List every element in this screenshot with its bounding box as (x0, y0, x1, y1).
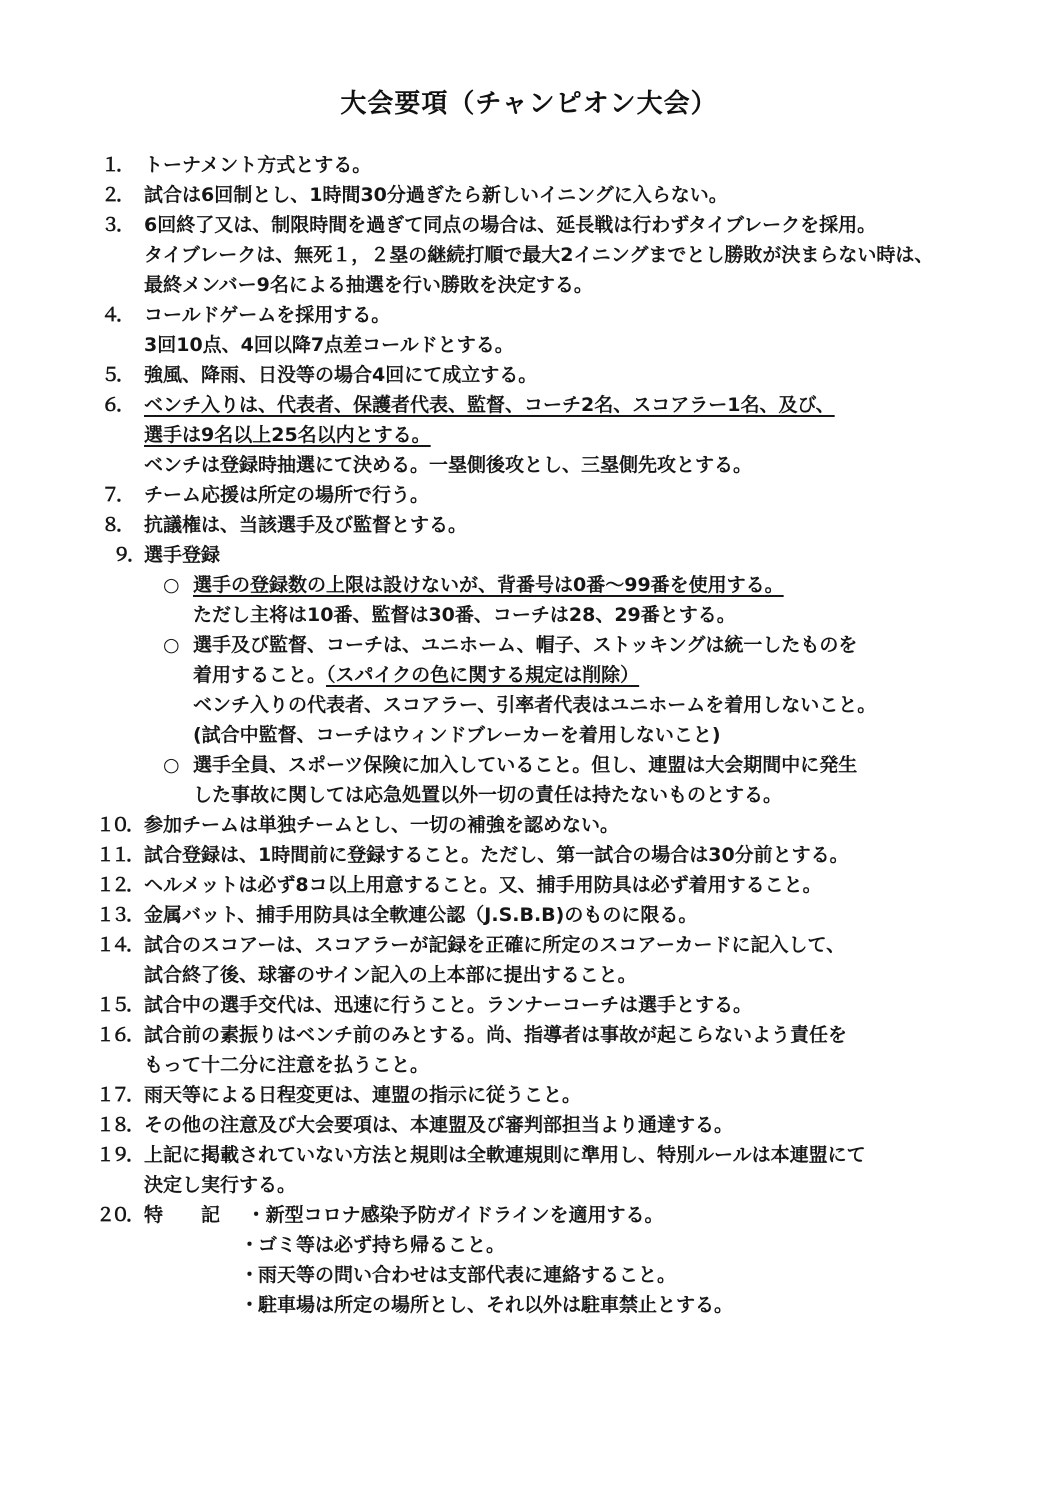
item-text-underlined: 選手は9名以上25名以内とする。 (144, 424, 431, 446)
item-text: 試合中の選手交代は、迅速に行うこと。ランナーコーチは選手とする。 (144, 994, 752, 1016)
item-text: ヘルメットは必ず8コ以上用意すること。又、捕手用防具は必ず着用すること。 (144, 874, 822, 896)
circle-bullet-icon: ○ (163, 630, 180, 660)
item-text: 最終メンバー9名による抽選を行い勝敗を決定する。 (144, 274, 593, 296)
list-item-1: １． トーナメント方式とする。 (0, 150, 1058, 180)
note-text: 雨天等の問い合わせは支部代表に連絡すること。 (258, 1264, 676, 1286)
list-item-19: １９． 上記に掲載されていない方法と規則は全軟連規則に準用し、特別ルールは本連盟… (0, 1140, 1058, 1170)
item-text: 試合前の素振りはベンチ前のみとする。尚、指導者は事故が起こらないよう責任を (144, 1024, 847, 1046)
list-item-11: １１． 試合登録は、1時間前に登録すること。ただし、第一試合の場合は30分前とす… (0, 840, 1058, 870)
note-text: 駐車場は所定の場所とし、それ以外は駐車禁止とする。 (258, 1294, 733, 1316)
list-item-8: ８． 抗議権は、当該選手及び監督とする。 (0, 510, 1058, 540)
item-number: １． (101, 150, 131, 180)
item-text: 上記に掲載されていない方法と規則は全軟連規則に準用し、特別ルールは本連盟にて (144, 1144, 866, 1166)
list-item-9-bullet-1: ○ 選手の登録数の上限は設けないが、背番号は0番～99番を使用する。 (0, 570, 1058, 600)
list-item-10: １０． 参加チームは単独チームとし、一切の補強を認めない。 (0, 810, 1058, 840)
list-item-20-note: ・ 駐車場は所定の場所とし、それ以外は駐車禁止とする。 (0, 1290, 1058, 1320)
item-text: 試合登録は、1時間前に登録すること。ただし、第一試合の場合は30分前とする。 (144, 844, 849, 866)
bullet-text: 選手全員、スポーツ保険に加入していること。但し、連盟は大会期間中に発生 (193, 754, 857, 776)
item-text: 強風、降雨、日没等の場合4回にて成立する。 (144, 364, 537, 386)
bullet-text: 着用すること。 (193, 664, 326, 686)
list-item-12: １２． ヘルメットは必ず8コ以上用意すること。又、捕手用防具は必ず着用すること。 (0, 870, 1058, 900)
item-number: １７． (96, 1080, 141, 1110)
bullet-text: (試合中監督、コーチはウィンドブレーカーを着用しないこと) (193, 724, 721, 746)
item-heading: 特 記 (144, 1200, 240, 1230)
list-item-16-continuation: もって十二分に注意を払うこと。 (0, 1050, 1058, 1080)
item-text: 金属バット、捕手用防具は全軟連公認（J.S.B.B)のものに限る。 (144, 904, 697, 926)
item-number: ５． (101, 360, 131, 390)
item-text: 決定し実行する。 (144, 1174, 296, 1196)
item-text: もって十二分に注意を払うこと。 (144, 1054, 429, 1076)
item-text: トーナメント方式とする。 (144, 154, 371, 176)
list-item-6-continuation: ベンチは登録時抽選にて決める。一塁側後攻とし、三塁側先攻とする。 (0, 450, 1058, 480)
list-item-9: ９． 選手登録 (0, 540, 1058, 570)
list-item-9-bullet-2-continuation: (試合中監督、コーチはウィンドブレーカーを着用しないこと) (0, 720, 1058, 750)
dot-bullet-icon: ・ (240, 1290, 259, 1320)
list-item-6-continuation: 選手は9名以上25名以内とする。 (0, 420, 1058, 450)
item-number: １０． (96, 810, 141, 840)
item-text: 試合は6回制とし、1時間30分過ぎたら新しいイニングに入らない。 (144, 184, 728, 206)
list-item-2: ２． 試合は6回制とし、1時間30分過ぎたら新しいイニングに入らない。 (0, 180, 1058, 210)
item-text: 3回10点、4回以降7点差コールドとする。 (144, 334, 514, 356)
dot-bullet-icon: ・ (240, 1260, 259, 1290)
item-number: ３． (101, 210, 131, 240)
list-item-20-note: ・ 雨天等の問い合わせは支部代表に連絡すること。 (0, 1260, 1058, 1290)
list-item-14: １４． 試合のスコアーは、スコアラーが記録を正確に所定のスコアーカードに記入して… (0, 930, 1058, 960)
item-text: 試合のスコアーは、スコアラーが記録を正確に所定のスコアーカードに記入して、 (144, 934, 845, 956)
item-text: その他の注意及び大会要項は、本連盟及び審判部担当より通達する。 (144, 1114, 733, 1136)
item-text-underlined: ベンチ入りは、代表者、保護者代表、監督、コーチ2名、スコアラー1名、及び、 (144, 394, 835, 416)
item-text: 参加チームは単独チームとし、一切の補強を認めない。 (144, 814, 619, 836)
list-item-14-continuation: 試合終了後、球審のサイン記入の上本部に提出すること。 (0, 960, 1058, 990)
dot-bullet-icon: ・ (247, 1204, 266, 1226)
item-text: チーム応援は所定の場所で行う。 (144, 484, 429, 506)
list-item-9-bullet-1-continuation: ただし主将は10番、監督は30番、コーチは28、29番とする。 (0, 600, 1058, 630)
list-item-3: ３． 6回終了又は、制限時間を過ぎて同点の場合は、延長戦は行わずタイブレークを採… (0, 210, 1058, 240)
item-number: １６． (96, 1020, 141, 1050)
list-item-13: １３． 金属バット、捕手用防具は全軟連公認（J.S.B.B)のものに限る。 (0, 900, 1058, 930)
list-item-9-bullet-2: ○ 選手及び監督、コーチは、ユニホーム、帽子、ストッキングは統一したものを (0, 630, 1058, 660)
item-number: ８． (101, 510, 131, 540)
item-text: ベンチは登録時抽選にて決める。一塁側後攻とし、三塁側先攻とする。 (144, 454, 752, 476)
list-item-19-continuation: 決定し実行する。 (0, 1170, 1058, 1200)
item-text: タイブレークは、無死１，２塁の継続打順で最大2イニングまでとし勝敗が決まらない時… (144, 244, 933, 266)
list-item-3-continuation: タイブレークは、無死１，２塁の継続打順で最大2イニングまでとし勝敗が決まらない時… (0, 240, 1058, 270)
document-page: 大会要項（チャンピオン大会） １． トーナメント方式とする。 ２． 試合は6回制… (0, 0, 1058, 1497)
note-text: 新型コロナ感染予防ガイドラインを適用する。 (266, 1204, 664, 1226)
item-number: １４． (96, 930, 141, 960)
item-text: 試合終了後、球審のサイン記入の上本部に提出すること。 (144, 964, 637, 986)
item-number: ２． (101, 180, 131, 210)
list-item-20-note: ・ ゴミ等は必ず持ち帰ること。 (0, 1230, 1058, 1260)
bullet-text-underlined: （スパイクの色に関する規定は削除） (326, 664, 639, 686)
item-number: ７． (101, 480, 131, 510)
bullet-text: ベンチ入りの代表者、スコアラー、引率者代表はユニホームを着用しないこと。 (193, 694, 876, 716)
list-item-9-bullet-3-continuation: した事故に関しては応急処置以外一切の責任は持たないものとする。 (0, 780, 1058, 810)
item-number: ４． (101, 300, 131, 330)
item-number: １９． (96, 1140, 141, 1170)
list-item-9-bullet-3: ○ 選手全員、スポーツ保険に加入していること。但し、連盟は大会期間中に発生 (0, 750, 1058, 780)
list-item-7: ７． チーム応援は所定の場所で行う。 (0, 480, 1058, 510)
bullet-text-underlined: 選手の登録数の上限は設けないが、背番号は0番～99番を使用する。 (193, 574, 784, 596)
item-number: ９． (112, 540, 142, 570)
list-item-15: １５． 試合中の選手交代は、迅速に行うこと。ランナーコーチは選手とする。 (0, 990, 1058, 1020)
bullet-text: 選手及び監督、コーチは、ユニホーム、帽子、ストッキングは統一したものを (193, 634, 857, 656)
list-item-3-continuation: 最終メンバー9名による抽選を行い勝敗を決定する。 (0, 270, 1058, 300)
item-text: コールドゲームを採用する。 (144, 304, 390, 326)
item-number: １５． (96, 990, 141, 1020)
item-text: 雨天等による日程変更は、連盟の指示に従うこと。 (144, 1084, 581, 1106)
bullet-text: ただし主将は10番、監督は30番、コーチは28、29番とする。 (193, 604, 736, 626)
item-text: 抗議権は、当該選手及び監督とする。 (144, 514, 467, 536)
item-number: １１． (96, 840, 141, 870)
item-number: １２． (96, 870, 141, 900)
list-item-4: ４． コールドゲームを採用する。 (0, 300, 1058, 330)
item-number: １８． (96, 1110, 141, 1140)
item-number: １３． (96, 900, 141, 930)
document-body: １． トーナメント方式とする。 ２． 試合は6回制とし、1時間30分過ぎたら新し… (0, 150, 1058, 1320)
item-number: ２０． (96, 1200, 141, 1230)
item-text: 6回終了又は、制限時間を過ぎて同点の場合は、延長戦は行わずタイブレークを採用。 (144, 214, 876, 236)
list-item-18: １８． その他の注意及び大会要項は、本連盟及び審判部担当より通達する。 (0, 1110, 1058, 1140)
list-item-17: １７． 雨天等による日程変更は、連盟の指示に従うこと。 (0, 1080, 1058, 1110)
item-number: ６． (101, 390, 131, 420)
circle-bullet-icon: ○ (163, 570, 180, 600)
list-item-16: １６． 試合前の素振りはベンチ前のみとする。尚、指導者は事故が起こらないよう責任… (0, 1020, 1058, 1050)
list-item-4-continuation: 3回10点、4回以降7点差コールドとする。 (0, 330, 1058, 360)
list-item-9-bullet-2-continuation: ベンチ入りの代表者、スコアラー、引率者代表はユニホームを着用しないこと。 (0, 690, 1058, 720)
list-item-9-bullet-2-continuation: 着用すること。（スパイクの色に関する規定は削除） (0, 660, 1058, 690)
bullet-text: した事故に関しては応急処置以外一切の責任は持たないものとする。 (193, 784, 782, 806)
list-item-5: ５． 強風、降雨、日没等の場合4回にて成立する。 (0, 360, 1058, 390)
dot-bullet-icon: ・ (240, 1230, 259, 1260)
list-item-20: ２０． 特 記 ・新型コロナ感染予防ガイドラインを適用する。 (0, 1200, 1058, 1230)
circle-bullet-icon: ○ (163, 750, 180, 780)
document-title: 大会要項（チャンピオン大会） (0, 0, 1058, 120)
list-item-6: ６． ベンチ入りは、代表者、保護者代表、監督、コーチ2名、スコアラー1名、及び、 (0, 390, 1058, 420)
item-heading: 選手登録 (144, 544, 220, 566)
note-text: ゴミ等は必ず持ち帰ること。 (258, 1234, 505, 1256)
